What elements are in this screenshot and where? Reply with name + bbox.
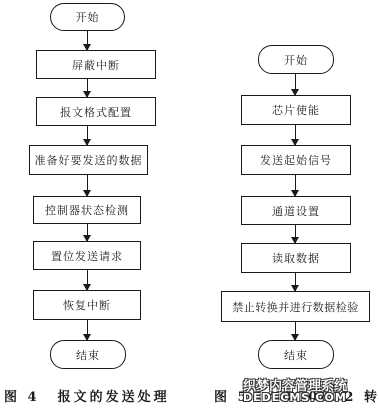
fig4-step-mask-interrupt: 屏蔽中断 — [36, 50, 156, 79]
fig5-step-channel-setup: 通道设置 — [241, 196, 351, 225]
fig5-arrow-6 — [295, 322, 296, 340]
fig5-arrow-5 — [295, 273, 296, 291]
fig5-arrow-2 — [295, 125, 296, 145]
fig4-step-message-format-config: 报文格式配置 — [36, 97, 156, 126]
fig4-step5-label: 置位发送请求 — [51, 248, 123, 264]
fig4-arrow-1 — [87, 31, 88, 50]
fig5-arrow-4 — [295, 225, 296, 243]
fig5-step2-label: 发送起始信号 — [260, 152, 332, 168]
fig4-arrow-6 — [87, 270, 88, 290]
fig4-step-controller-status-check: 控制器状态检测 — [33, 196, 141, 224]
watermark-english: DEDECMS.COM — [243, 391, 347, 404]
fig5-arrow-3 — [295, 175, 296, 196]
fig4-caption: 图 4报文的发送处理 — [4, 386, 170, 405]
fig5-step-send-start-signal: 发送起始信号 — [241, 145, 351, 175]
fig4-caption-number: 图 4 — [4, 390, 40, 405]
fig4-end-terminal: 结束 — [50, 340, 126, 369]
fig4-step6-label: 恢复中断 — [63, 297, 111, 313]
fig5-step3-label: 通道设置 — [272, 203, 320, 219]
fig4-arrow-3 — [87, 126, 88, 145]
fig5-end-label: 结束 — [284, 347, 308, 363]
fig5-start-label: 开始 — [284, 52, 308, 68]
fig4-step-prepare-data: 准备好要发送的数据 — [29, 145, 148, 175]
fig4-start-terminal: 开始 — [50, 3, 125, 31]
fig5-step-chip-enable: 芯片使能 — [241, 95, 351, 125]
fig4-step2-label: 报文格式配置 — [60, 104, 132, 120]
fig4-end-label: 结束 — [76, 347, 100, 363]
fig5-step1-label: 芯片使能 — [272, 102, 320, 118]
fig5-step-read-data: 读取数据 — [241, 243, 351, 273]
fig4-step4-label: 控制器状态检测 — [45, 202, 129, 218]
fig4-step1-label: 屏蔽中断 — [72, 57, 120, 73]
fig5-end-terminal: 结束 — [258, 340, 334, 369]
fig4-arrow-2 — [87, 79, 88, 97]
fig4-step-set-send-request: 置位发送请求 — [33, 241, 141, 270]
fig5-start-terminal: 开始 — [258, 45, 334, 74]
fig5-arrow-1 — [295, 74, 296, 95]
fig4-caption-title: 报文的发送处理 — [58, 390, 170, 405]
fig4-step-restore-interrupt: 恢复中断 — [33, 290, 141, 320]
fig4-arrow-7 — [87, 320, 88, 340]
fig5-step4-label: 读取数据 — [272, 250, 320, 266]
fig4-arrow-4 — [87, 175, 88, 196]
fig4-start-label: 开始 — [76, 9, 100, 25]
fig5-step-stop-conversion-verify: 禁止转换并进行数据检验 — [221, 291, 370, 322]
fig4-arrow-5 — [87, 224, 88, 241]
fig5-step5-label: 禁止转换并进行数据检验 — [232, 299, 359, 315]
fig4-step3-label: 准备好要发送的数据 — [35, 152, 143, 168]
